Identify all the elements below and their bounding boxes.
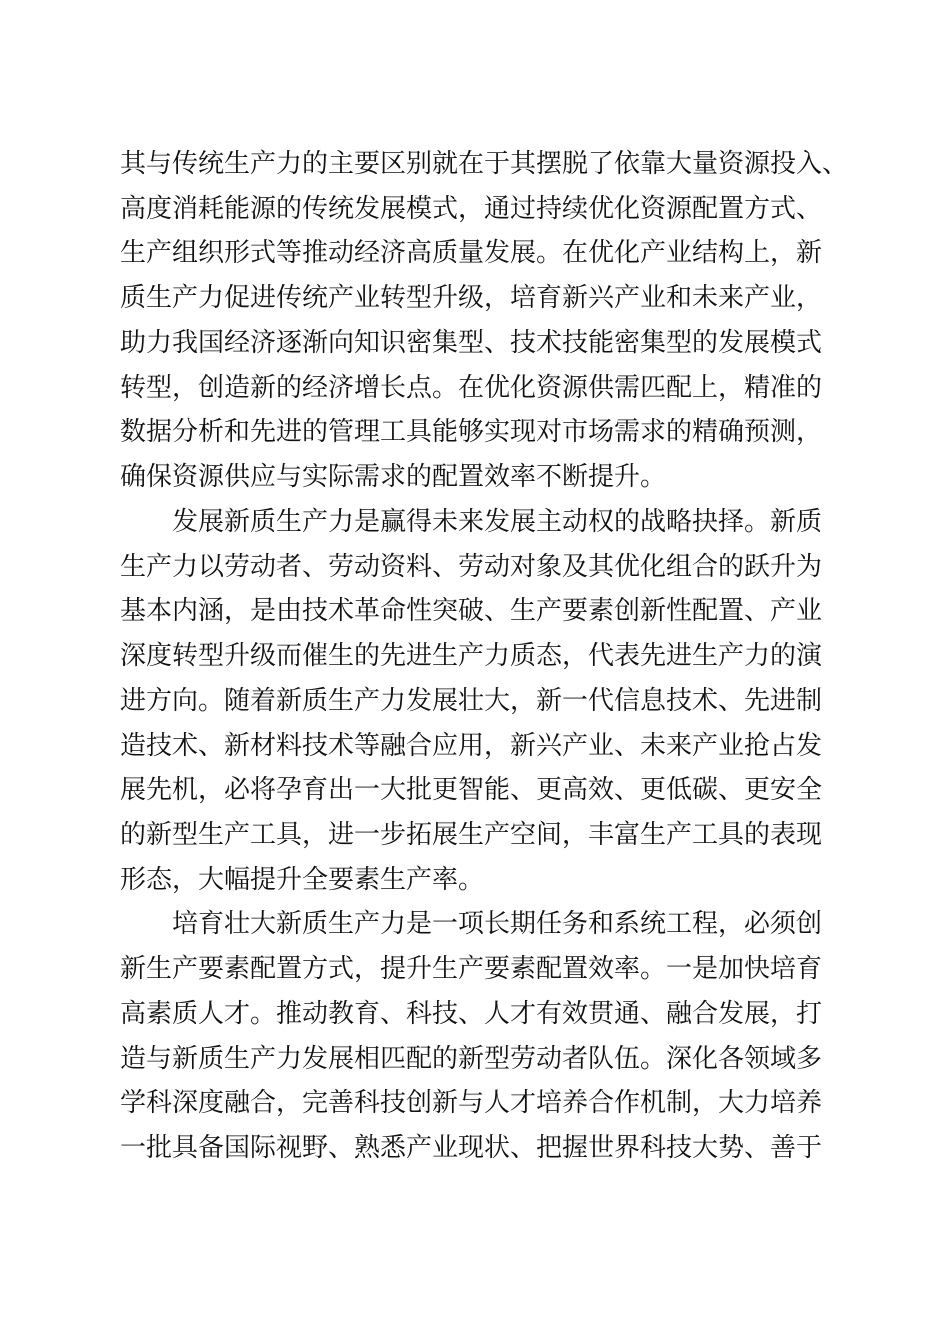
text-line: 数据分析和先进的管理工具能够实现对市场需求的精确预测， [120,410,822,455]
text-line: 基本内涵，是由技术革命性突破、生产要素创新性配置、产业 [120,589,822,634]
text-line: 转型，创造新的经济增长点。在优化资源供需匹配上，精准的 [120,366,822,411]
text-line: 一批具备国际视野、熟悉产业现状、把握世界科技大势、善于 [120,1126,822,1171]
text-line: 新生产要素配置方式，提升生产要素配置效率。一是加快培育 [120,947,822,992]
text-line: 展先机，必将孕育出一大批更智能、更高效、更低碳、更安全 [120,768,822,813]
text-line: 造技术、新材料技术等融合应用，新兴产业、未来产业抢占发 [120,724,822,769]
text-line: 生产力以劳动者、劳动资料、劳动对象及其优化组合的跃升为 [120,545,822,590]
document-page: 其与传统生产力的主要区别就在于其摆脱了依靠大量资源投入、高度消耗能源的传统发展模… [0,0,950,1344]
text-line: 培育壮大新质生产力是一项长期任务和系统工程，必须创 [120,902,822,947]
text-line: 助力我国经济逐渐向知识密集型、技术技能密集型的发展模式 [120,321,822,366]
text-line: 的新型生产工具，进一步拓展生产空间，丰富生产工具的表现 [120,813,822,858]
text-line: 学科深度融合，完善科技创新与人才培养合作机制，大力培养 [120,1081,822,1126]
text-line: 进方向。随着新质生产力发展壮大，新一代信息技术、先进制 [120,679,822,724]
text-body: 其与传统生产力的主要区别就在于其摆脱了依靠大量资源投入、高度消耗能源的传统发展模… [120,142,822,1171]
text-line: 高度消耗能源的传统发展模式，通过持续优化资源配置方式、 [120,187,822,232]
text-line: 高素质人才。推动教育、科技、人才有效贯通、融合发展，打 [120,992,822,1037]
text-line: 质生产力促进传统产业转型升级，培育新兴产业和未来产业， [120,276,822,321]
text-line: 发展新质生产力是赢得未来发展主动权的战略抉择。新质 [120,500,822,545]
text-line: 生产组织形式等推动经济高质量发展。在优化产业结构上，新 [120,231,822,276]
text-line: 造与新质生产力发展相匹配的新型劳动者队伍。深化各领域多 [120,1037,822,1082]
text-line: 确保资源供应与实际需求的配置效率不断提升。 [120,455,822,500]
text-line: 形态，大幅提升全要素生产率。 [120,858,822,903]
text-line: 其与传统生产力的主要区别就在于其摆脱了依靠大量资源投入、 [120,142,822,187]
text-line: 深度转型升级而催生的先进生产力质态，代表先进生产力的演 [120,634,822,679]
